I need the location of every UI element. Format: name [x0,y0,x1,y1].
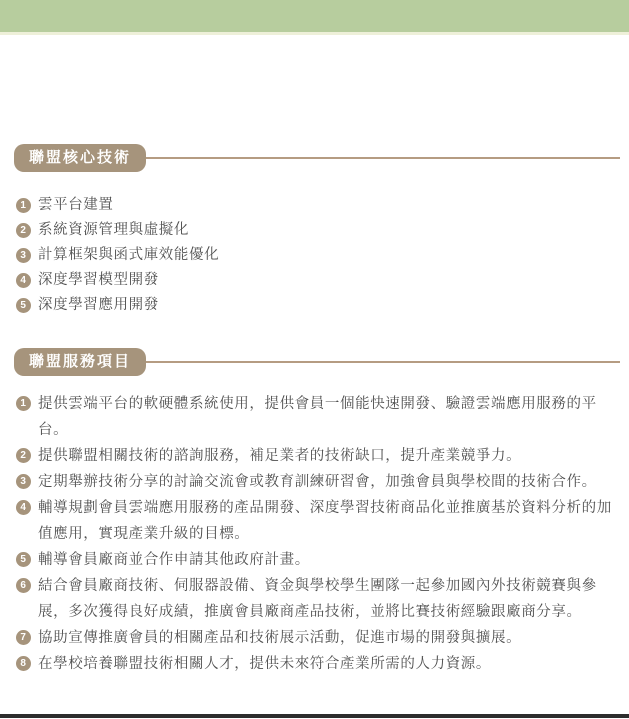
item-number-badge: 5 [16,552,31,567]
list-item: 5 輔導會員廠商並合作申請其他政府計畫。 [16,547,619,573]
list-item: 2 系統資源管理與虛擬化 [16,218,619,243]
list-item: 2 提供聯盟相關技術的諮詢服務，補足業者的技術缺口，提升產業競爭力。 [16,443,619,469]
item-number-badge: 2 [16,448,31,463]
list-item: 1 提供雲端平台的軟硬體系統使用，提供會員一個能快速開發、驗證雲端應用服務的平台… [16,391,619,443]
item-number-badge: 3 [16,248,31,263]
item-number-badge: 2 [16,223,31,238]
item-number-badge: 1 [16,396,31,411]
list-item: 1 雲平台建置 [16,193,619,218]
list-item: 3 計算框架與函式庫效能優化 [16,243,619,268]
section-title-badge: 聯盟核心技術 [14,144,146,172]
page-top-banner [0,0,629,32]
list-item-text: 提供聯盟相關技術的諮詢服務，補足業者的技術缺口，提升產業競爭力。 [38,443,521,469]
page-top-banner-edge [0,32,629,35]
list-item: 5 深度學習應用開發 [16,293,619,318]
list-item-text: 協助宣傳推廣會員的相關產品和技術展示活動，促進市場的開發與擴展。 [38,625,521,651]
list-item: 4 深度學習模型開發 [16,268,619,293]
list-item-text: 計算框架與函式庫效能優化 [38,243,219,268]
list-item-text: 雲平台建置 [38,193,114,218]
list-item-text: 在學校培養聯盟技術相關人才，提供未來符合產業所需的人力資源。 [38,651,491,677]
list-item: 8 在學校培養聯盟技術相關人才，提供未來符合產業所需的人力資源。 [16,651,619,677]
item-number-badge: 4 [16,500,31,515]
item-number-badge: 4 [16,273,31,288]
header-rule-line [146,361,620,363]
list-item-text: 提供雲端平台的軟硬體系統使用，提供會員一個能快速開發、驗證雲端應用服務的平台。 [38,391,619,443]
core-tech-list: 1 雲平台建置 2 系統資源管理與虛擬化 3 計算框架與函式庫效能優化 4 深度… [16,193,619,318]
item-number-badge: 6 [16,578,31,593]
section-header-core-tech: 聯盟核心技術 [14,144,620,172]
list-item-text: 深度學習模型開發 [38,268,159,293]
list-item-text: 輔導規劃會員雲端應用服務的產品開發、深度學習技術商品化並推廣基於資料分析的加值應… [38,495,619,547]
header-rule-line [146,157,620,159]
item-number-badge: 3 [16,474,31,489]
item-number-badge: 7 [16,630,31,645]
list-item: 6 結合會員廠商技術、伺服器設備、資金與學校學生團隊一起參加國內外技術競賽與參展… [16,573,619,625]
list-item: 7 協助宣傳推廣會員的相關產品和技術展示活動，促進市場的開發與擴展。 [16,625,619,651]
list-item-text: 深度學習應用開發 [38,293,159,318]
section-title-badge: 聯盟服務項目 [14,348,146,376]
item-number-badge: 8 [16,656,31,671]
list-item: 4 輔導規劃會員雲端應用服務的產品開發、深度學習技術商品化並推廣基於資料分析的加… [16,495,619,547]
section-header-services: 聯盟服務項目 [14,348,620,376]
services-list: 1 提供雲端平台的軟硬體系統使用，提供會員一個能快速開發、驗證雲端應用服務的平台… [16,391,619,677]
list-item-text: 結合會員廠商技術、伺服器設備、資金與學校學生團隊一起參加國內外技術競賽與參展，多… [38,573,619,625]
list-item-text: 定期舉辦技術分享的討論交流會或教育訓練研習會，加強會員與學校間的技術合作。 [38,469,597,495]
list-item-text: 輔導會員廠商並合作申請其他政府計畫。 [38,547,310,573]
item-number-badge: 1 [16,198,31,213]
list-item: 3 定期舉辦技術分享的討論交流會或教育訓練研習會，加強會員與學校間的技術合作。 [16,469,619,495]
page-bottom-rule [0,714,629,718]
list-item-text: 系統資源管理與虛擬化 [38,218,189,243]
item-number-badge: 5 [16,298,31,313]
